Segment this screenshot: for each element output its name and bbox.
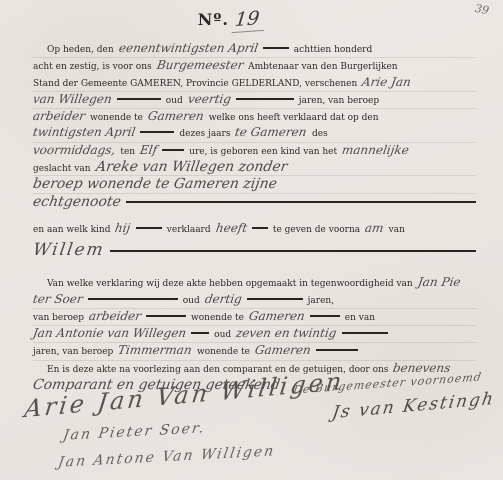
ink-dash — [140, 130, 174, 133]
printed-text: oud — [214, 330, 231, 340]
printed-text: ten — [120, 147, 135, 157]
text-line: Stand der Gemeente GAMEREN, Provincie GE… — [33, 75, 476, 92]
printed-text: en aan welk kind — [33, 225, 110, 235]
handwritten-text: echtgenoote — [32, 194, 122, 210]
ink-rule-fill — [110, 249, 476, 252]
text-line: jaren, van beroep Timmerman wonende te G… — [33, 343, 476, 360]
text-line: Jan Antonie van Willegen oud zeven en tw… — [33, 326, 476, 343]
printed-text: wonende te — [197, 347, 250, 357]
handwritten-text: veertig — [187, 92, 232, 106]
printed-text: ure, is geboren een kind van het — [189, 147, 337, 157]
printed-text: welke ons heeft verklaard dat op den — [209, 113, 379, 123]
handwritten-text: ter Soer — [32, 292, 84, 306]
handwritten-text: Areke van Willegen zonder — [94, 159, 288, 175]
printed-text: Stand der Gemeente GAMEREN, Provincie GE… — [33, 79, 357, 89]
printed-text: oud — [166, 96, 183, 106]
handwritten-text: Elf — [139, 143, 158, 157]
handwritten-text: dertig — [204, 292, 243, 306]
ink-rule-fill — [126, 200, 476, 203]
ink-dash — [247, 297, 303, 300]
handwritten-text: eenentwintigsten April — [118, 41, 259, 55]
handwritten-text: Gameren — [254, 343, 312, 357]
ink-dash — [342, 331, 388, 334]
handwritten-text: Jan Pie — [417, 275, 462, 289]
printed-text: acht en zestig, is voor ons — [33, 62, 152, 72]
text-line: Van welke verklaring wij deze akte hebbe… — [33, 275, 476, 291]
text-line: beroep wonende te Gameren zijne — [33, 176, 476, 193]
ink-dash — [252, 226, 268, 229]
handwritten-text: arbeider — [88, 309, 142, 323]
text-line: geslacht van Areke van Willegen zonder — [33, 159, 476, 176]
ink-dash — [263, 46, 289, 49]
number-label: Nº. — [198, 10, 229, 29]
signature-witness-van-willigen: Jan Antone Van Willigen — [57, 443, 277, 471]
text-line: van Willegen oud veertig jaren, van bero… — [33, 92, 476, 109]
text-line: van beroep arbeider wonende te Gameren e… — [33, 309, 476, 326]
handwritten-text: Arie Jan — [361, 75, 412, 89]
printed-text: geslacht van — [33, 164, 91, 174]
handwritten-text: zeven en twintig — [235, 326, 338, 340]
corner-page-mark: 39 — [474, 2, 490, 17]
ink-dash — [236, 97, 294, 100]
handwritten-text: beroep wonende te Gameren zijne — [32, 176, 278, 192]
printed-text: Ambtenaar van den Burgerlijken — [248, 62, 398, 72]
text-line: ter Soer oud dertig jaren, — [33, 292, 476, 309]
text-line: acht en zestig, is voor ons Burgemeester… — [33, 58, 476, 74]
ink-dash — [136, 226, 162, 229]
ink-dash — [310, 314, 340, 317]
handwritten-text: Gameren — [248, 309, 306, 323]
text-line: Op heden, den eenentwintigsten April ach… — [33, 41, 476, 58]
handwritten-text: voormiddags, — [32, 143, 117, 157]
handwritten-text: arbeider — [32, 109, 86, 123]
handwritten-text: twintigsten April — [32, 125, 137, 139]
certificate-page: 39 Nº.19 Op heden, den eenentwintigsten … — [0, 0, 503, 480]
act-body: Op heden, den eenentwintigsten April ach… — [33, 41, 476, 393]
text-line: voormiddags, ten Elf ure, is geboren een… — [33, 143, 476, 159]
printed-text: van beroep — [33, 313, 84, 323]
printed-text: verklaard — [167, 225, 211, 235]
text-line: Willem — [33, 240, 476, 262]
number-value: 19 — [232, 7, 267, 33]
text-line: twintigsten April dezes jaars te Gameren… — [33, 125, 476, 142]
ink-dash — [146, 314, 186, 317]
handwritten-text: Burgemeester — [156, 58, 245, 72]
handwritten-text: Willem — [31, 240, 106, 260]
printed-text: en van — [345, 313, 375, 323]
signature-mayor: Js van Kestingh — [331, 389, 497, 424]
printed-text: van — [389, 225, 405, 235]
printed-text: oud — [183, 296, 200, 306]
text-line: arbeider wonende te Gameren welke ons he… — [33, 109, 476, 125]
printed-text: jaren, van beroep — [299, 96, 379, 106]
printed-text: des — [312, 129, 328, 139]
printed-text: Op heden, den — [47, 45, 114, 55]
handwritten-text: Timmerman — [117, 343, 193, 357]
handwritten-text: van Willegen — [32, 92, 113, 106]
handwritten-text: Jan Antonie van Willegen — [32, 326, 187, 340]
ink-dash — [88, 297, 178, 300]
printed-text: achttien honderd — [294, 45, 372, 55]
signature-witness-soer: Jan Pieter Soer. — [62, 420, 207, 444]
ink-dash — [117, 97, 161, 100]
printed-text: jaren, van beroep — [33, 347, 113, 357]
text-line: en aan welk kind hij verklaard heeft te … — [33, 221, 476, 237]
handwritten-text: am — [364, 221, 385, 235]
ink-dash — [316, 348, 358, 351]
ink-dash — [191, 331, 209, 334]
handwritten-text: hij — [114, 221, 132, 235]
text-line: echtgenoote — [33, 194, 476, 210]
handwritten-text: heeft — [215, 221, 248, 235]
ink-dash — [162, 148, 184, 151]
printed-text: wonende te — [90, 113, 143, 123]
handwritten-text: mannelijke — [341, 143, 410, 157]
printed-text: wonende te — [191, 313, 244, 323]
handwritten-text: te Gameren — [234, 125, 308, 139]
handwritten-text: Gameren — [147, 109, 205, 123]
printed-text: te geven de voorna — [273, 225, 360, 235]
printed-text: jaren, — [308, 296, 334, 306]
printed-text: Van welke verklaring wij deze akte hebbe… — [47, 279, 413, 289]
printed-text: dezes jaars — [179, 129, 230, 139]
document-number: Nº.19 — [0, 8, 463, 32]
